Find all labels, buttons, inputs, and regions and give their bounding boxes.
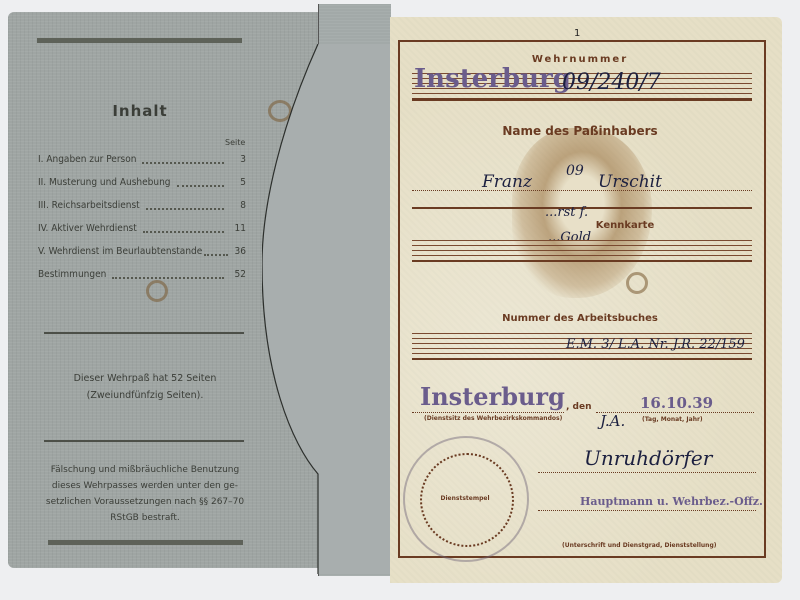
page-number: 1: [574, 28, 580, 39]
toc-item-label: Bestimmungen: [38, 269, 106, 280]
toc-item-label: III. Reichsarbeitsdienst: [38, 200, 140, 211]
name-superscript: 09: [566, 163, 584, 179]
issue-place-stamp: Insterburg: [420, 382, 565, 411]
name-line: [412, 190, 752, 191]
rust-stain: [268, 100, 292, 122]
top-cover-bar: [37, 38, 242, 43]
rust-stain: [626, 272, 648, 294]
kennkarte-lines: [412, 240, 752, 266]
table-of-contents: I. Angaben zur Person3 II. Musterung und…: [38, 148, 246, 286]
toc-item-page: 5: [230, 177, 246, 188]
issue-place-caption: (Dienstsitz des Wehrbezirkskommandos): [424, 415, 562, 422]
wehrnummer-value: 09/240/7: [562, 70, 661, 95]
page-count-line: Dieser Wehrpaß hat 52 Seiten: [30, 370, 260, 387]
toc-item: IV. Aktiver Wehrdienst11: [38, 217, 246, 240]
seal-label: Dienststempel: [438, 495, 492, 502]
toc-item: II. Musterung und Aushebung5: [38, 171, 246, 194]
page-column-header: Seite: [225, 138, 245, 147]
toc-item-label: IV. Aktiver Wehrdienst: [38, 223, 137, 234]
toc-item: I. Angaben zur Person3: [38, 148, 246, 171]
rank-stamp: Hauptmann u. Wehrbez.-Offz.: [580, 495, 763, 508]
toc-item-page: 3: [230, 154, 246, 165]
toc-item-page: 36: [230, 246, 246, 257]
divider: [44, 332, 244, 334]
signature-line: [538, 472, 756, 473]
issue-date: 16.10.39: [640, 394, 713, 412]
page-count-line: (Zweiundfünfzig Seiten).: [30, 387, 260, 404]
toc-item-page: 52: [230, 269, 246, 280]
toc-item-label: V. Wehrdienst im Beurlaubtenstande: [38, 246, 202, 257]
toc-item-page: 11: [230, 223, 246, 234]
issue-place-line: [412, 412, 564, 413]
rust-stain: [146, 280, 168, 302]
toc-item: Bestimmungen52: [38, 263, 246, 286]
warning-line: Fälschung und mißbräuchliche Benutzung: [30, 462, 260, 478]
arbeitsbuch-label: Nummer des Arbeitsbuches: [470, 313, 690, 324]
divider: [44, 440, 244, 442]
page-count-note: Dieser Wehrpaß hat 52 Seiten (Zweiundfün…: [30, 370, 260, 404]
rank-line: [538, 510, 756, 511]
den-label: , den: [566, 402, 592, 412]
kennkarte-label: Kennkarte: [590, 220, 660, 231]
officer-signature: Unruhdörfer: [584, 446, 712, 470]
first-name: Franz: [482, 172, 532, 192]
signature-caption: (Unterschrift und Dienstgrad, Dienststel…: [562, 542, 717, 549]
bottom-cover-bar: [48, 540, 243, 545]
wehrnummer-stamp: Insterburg: [414, 64, 571, 94]
warning-line: dieses Wehrpasses werden unter den ge-: [30, 478, 260, 494]
warning-line: setzlichen Voraussetzungen nach §§ 267–7…: [30, 494, 260, 510]
name-label: Name des Paßinhabers: [470, 124, 690, 138]
last-name: Urschit: [598, 172, 662, 192]
warning-line: RStGB bestraft.: [30, 510, 260, 526]
toc-item-label: I. Angaben zur Person: [38, 154, 136, 165]
initials: J.A.: [600, 412, 625, 430]
forgery-warning: Fälschung und mißbräuchliche Benutzung d…: [30, 462, 260, 526]
toc-item-page: 8: [230, 200, 246, 211]
toc-item: V. Wehrdienst im Beurlaubtenstande36: [38, 240, 246, 263]
date-caption: (Tag, Monat, Jahr): [642, 416, 703, 423]
arbeitsbuch-value: E.M. 3/ L.A. Nr. J.R. 22/159: [566, 337, 745, 352]
toc-item: III. Reichsarbeitsdienst8: [38, 194, 246, 217]
toc-item-label: II. Musterung und Aushebung: [38, 177, 171, 188]
kennkarte-handwriting-1: ...rst f.: [545, 205, 588, 220]
toc-title: Inhalt: [0, 102, 280, 120]
